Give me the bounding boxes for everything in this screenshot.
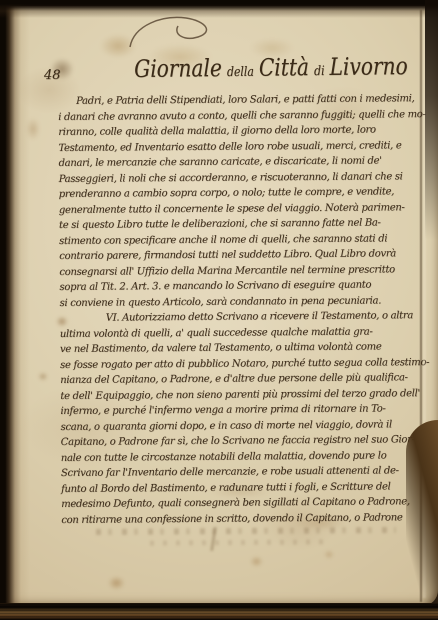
stain (38, 372, 48, 381)
title-word: Livorno (329, 52, 407, 81)
book-binding-edge (0, 0, 30, 620)
stain (108, 576, 125, 590)
title-word: della (227, 65, 254, 80)
title-word: Giornale (134, 54, 222, 83)
manuscript-photo: 48 Giornale della Città di Livorno Padri… (0, 0, 438, 620)
title-word: di (314, 64, 325, 79)
stain (250, 556, 263, 567)
book-top-edge (0, 0, 438, 18)
book-bottom-edge (0, 603, 438, 620)
book-fore-edge-top (425, 0, 438, 240)
page-number: 48 (44, 68, 61, 83)
title-word: Città (259, 53, 309, 82)
book-fore-edge-bottom (406, 420, 438, 610)
page-title: Giornale della Città di Livorno (134, 52, 408, 83)
title-flourish (128, 13, 224, 49)
manuscript-line: con ritirarne una confessione in scritto… (61, 510, 425, 528)
manuscript-text: Padri, e Patria delli Stipendiati, loro … (58, 91, 425, 528)
stain (324, 550, 334, 559)
